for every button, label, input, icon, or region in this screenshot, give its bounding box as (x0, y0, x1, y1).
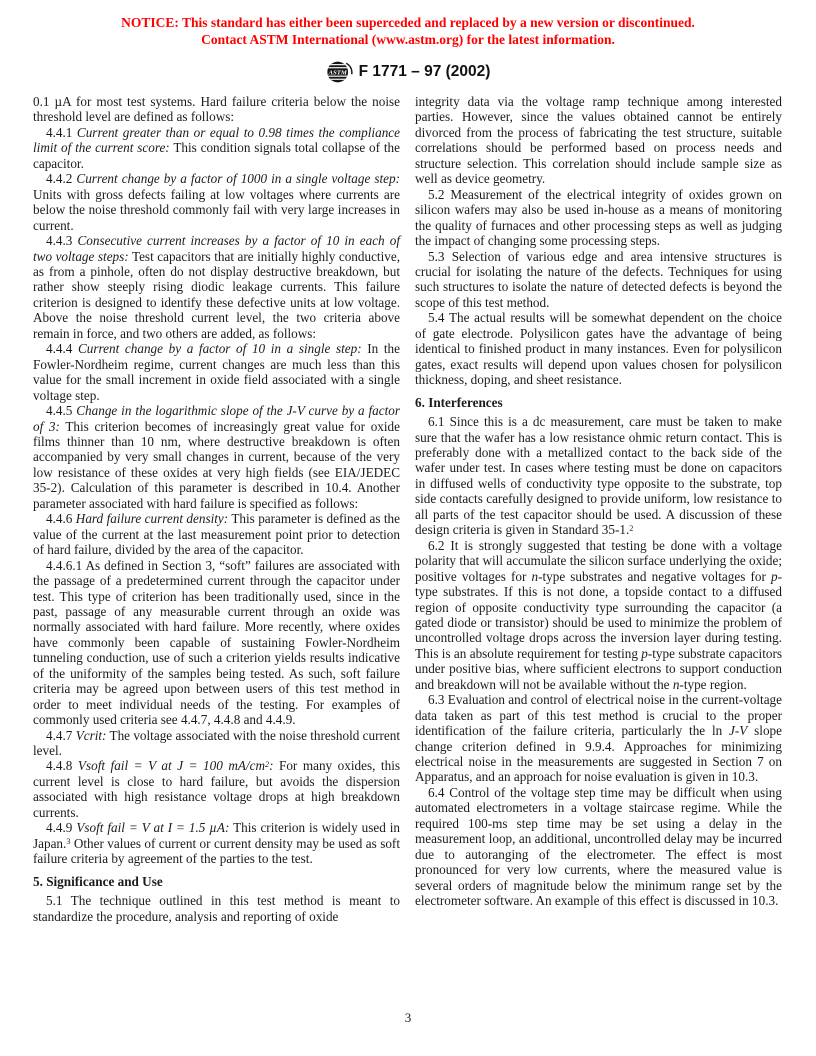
text-run: Current change by a factor of 1000 in a … (76, 171, 400, 186)
text-run: -type region. (679, 677, 746, 692)
text-run: 4.4.8 (46, 758, 78, 773)
paragraph: 6.3 Evaluation and control of electrical… (415, 692, 782, 785)
text-run: Vsoft fail = V at J = 100 mA/cm (78, 758, 265, 773)
text-run: 4.4.1 (46, 125, 77, 140)
paragraph: 4.4.9 Vsoft fail = V at I = 1.5 µA: This… (33, 820, 400, 866)
paragraph: 5.4 The actual results will be somewhat … (415, 310, 782, 387)
column-right: integrity data via the voltage ramp tech… (415, 94, 782, 924)
paragraph: 0.1 µA for most test systems. Hard failu… (33, 94, 400, 125)
text-run: 4.4.6 (46, 511, 76, 526)
paragraph: 5.3 Selection of various edge and area i… (415, 249, 782, 311)
text-run: 4.4.9 (46, 820, 76, 835)
section-heading: 6. Interferences (415, 395, 782, 410)
text-run: 6.4 Control of the voltage step time may… (415, 785, 782, 908)
text-run: p (771, 569, 778, 584)
paragraph: 4.4.2 Current change by a factor of 1000… (33, 171, 400, 233)
text-run: Vsoft fail = V at I = 1.5 µA: (76, 820, 229, 835)
standard-title-bar: ASTM F 1771 – 97 (2002) (0, 59, 816, 85)
paragraph: 4.4.8 Vsoft fail = V at J = 100 mA/cm2: … (33, 758, 400, 820)
document-body: 0.1 µA for most test systems. Hard failu… (0, 94, 816, 924)
footnote-superscript: 2 (629, 524, 633, 533)
paragraph: 4.4.6 Hard failure current density: This… (33, 511, 400, 557)
text-run: Units with gross defects failing at low … (33, 187, 400, 233)
text-run: Vcrit: (76, 728, 107, 743)
text-run: p (641, 646, 648, 661)
text-run: 6.1 Since this is a dc measurement, care… (415, 414, 782, 537)
paragraph: 4.4.4 Current change by a factor of 10 i… (33, 341, 400, 403)
text-run: 5.2 Measurement of the electrical integr… (415, 187, 782, 248)
page-number: 3 (0, 1010, 816, 1026)
astm-logo-icon: ASTM (326, 60, 353, 84)
paragraph: 4.4.6.1 As defined in Section 3, “soft” … (33, 558, 400, 728)
paragraph: integrity data via the voltage ramp tech… (415, 94, 782, 187)
footnote-superscript: 2 (265, 760, 269, 769)
paragraph: 4.4.7 Vcrit: The voltage associated with… (33, 728, 400, 759)
paragraph: 4.4.1 Current greater than or equal to 0… (33, 125, 400, 171)
text-run: J-V (729, 723, 747, 738)
text-run: 0.1 µA for most test systems. Hard failu… (33, 94, 400, 124)
notice-line-2: Contact ASTM International (www.astm.org… (0, 31, 816, 48)
footnote-superscript: 3 (66, 837, 70, 846)
standard-designation: F 1771 – 97 (2002) (359, 63, 491, 81)
paragraph: 4.4.3 Consecutive current increases by a… (33, 233, 400, 341)
text-run: This criterion becomes of increasingly g… (33, 419, 400, 511)
text-run: integrity data via the voltage ramp tech… (415, 94, 782, 186)
document-page: NOTICE: This standard has either been su… (0, 0, 816, 1056)
text-run: 5.4 The actual results will be somewhat … (415, 310, 782, 387)
paragraph: 6.4 Control of the voltage step time may… (415, 785, 782, 909)
paragraph: 5.1 The technique outlined in this test … (33, 893, 400, 924)
paragraph: 5.2 Measurement of the electrical integr… (415, 187, 782, 249)
paragraph: 6.1 Since this is a dc measurement, care… (415, 414, 782, 538)
text-run: 4.4.4 (46, 341, 78, 356)
text-run: Other values of current or current densi… (33, 836, 400, 866)
text-run: Hard failure current density: (76, 511, 228, 526)
text-run: 5.1 The technique outlined in this test … (33, 893, 400, 923)
text-run: Current change by a factor of 10 in a si… (78, 341, 362, 356)
discontinuation-notice: NOTICE: This standard has either been su… (0, 14, 816, 48)
text-run: 4.4.2 (46, 171, 76, 186)
text-run: -type substrates and negative voltages f… (538, 569, 771, 584)
text-run: 4.4.7 (46, 728, 76, 743)
paragraph: 4.4.5 Change in the logarithmic slope of… (33, 403, 400, 511)
column-left: 0.1 µA for most test systems. Hard failu… (33, 94, 400, 924)
text-run: 4.4.6.1 As defined in Section 3, “soft” … (33, 558, 400, 728)
paragraph: 6.2 It is strongly suggested that testin… (415, 538, 782, 693)
text-run: 6.3 Evaluation and control of electrical… (415, 692, 782, 738)
svg-text:ASTM: ASTM (327, 69, 347, 76)
section-heading: 5. Significance and Use (33, 874, 400, 889)
text-run: 5.3 Selection of various edge and area i… (415, 249, 782, 310)
text-run: 4.4.3 (46, 233, 77, 248)
text-run: 4.4.5 (46, 403, 76, 418)
notice-line-1: NOTICE: This standard has either been su… (0, 14, 816, 31)
